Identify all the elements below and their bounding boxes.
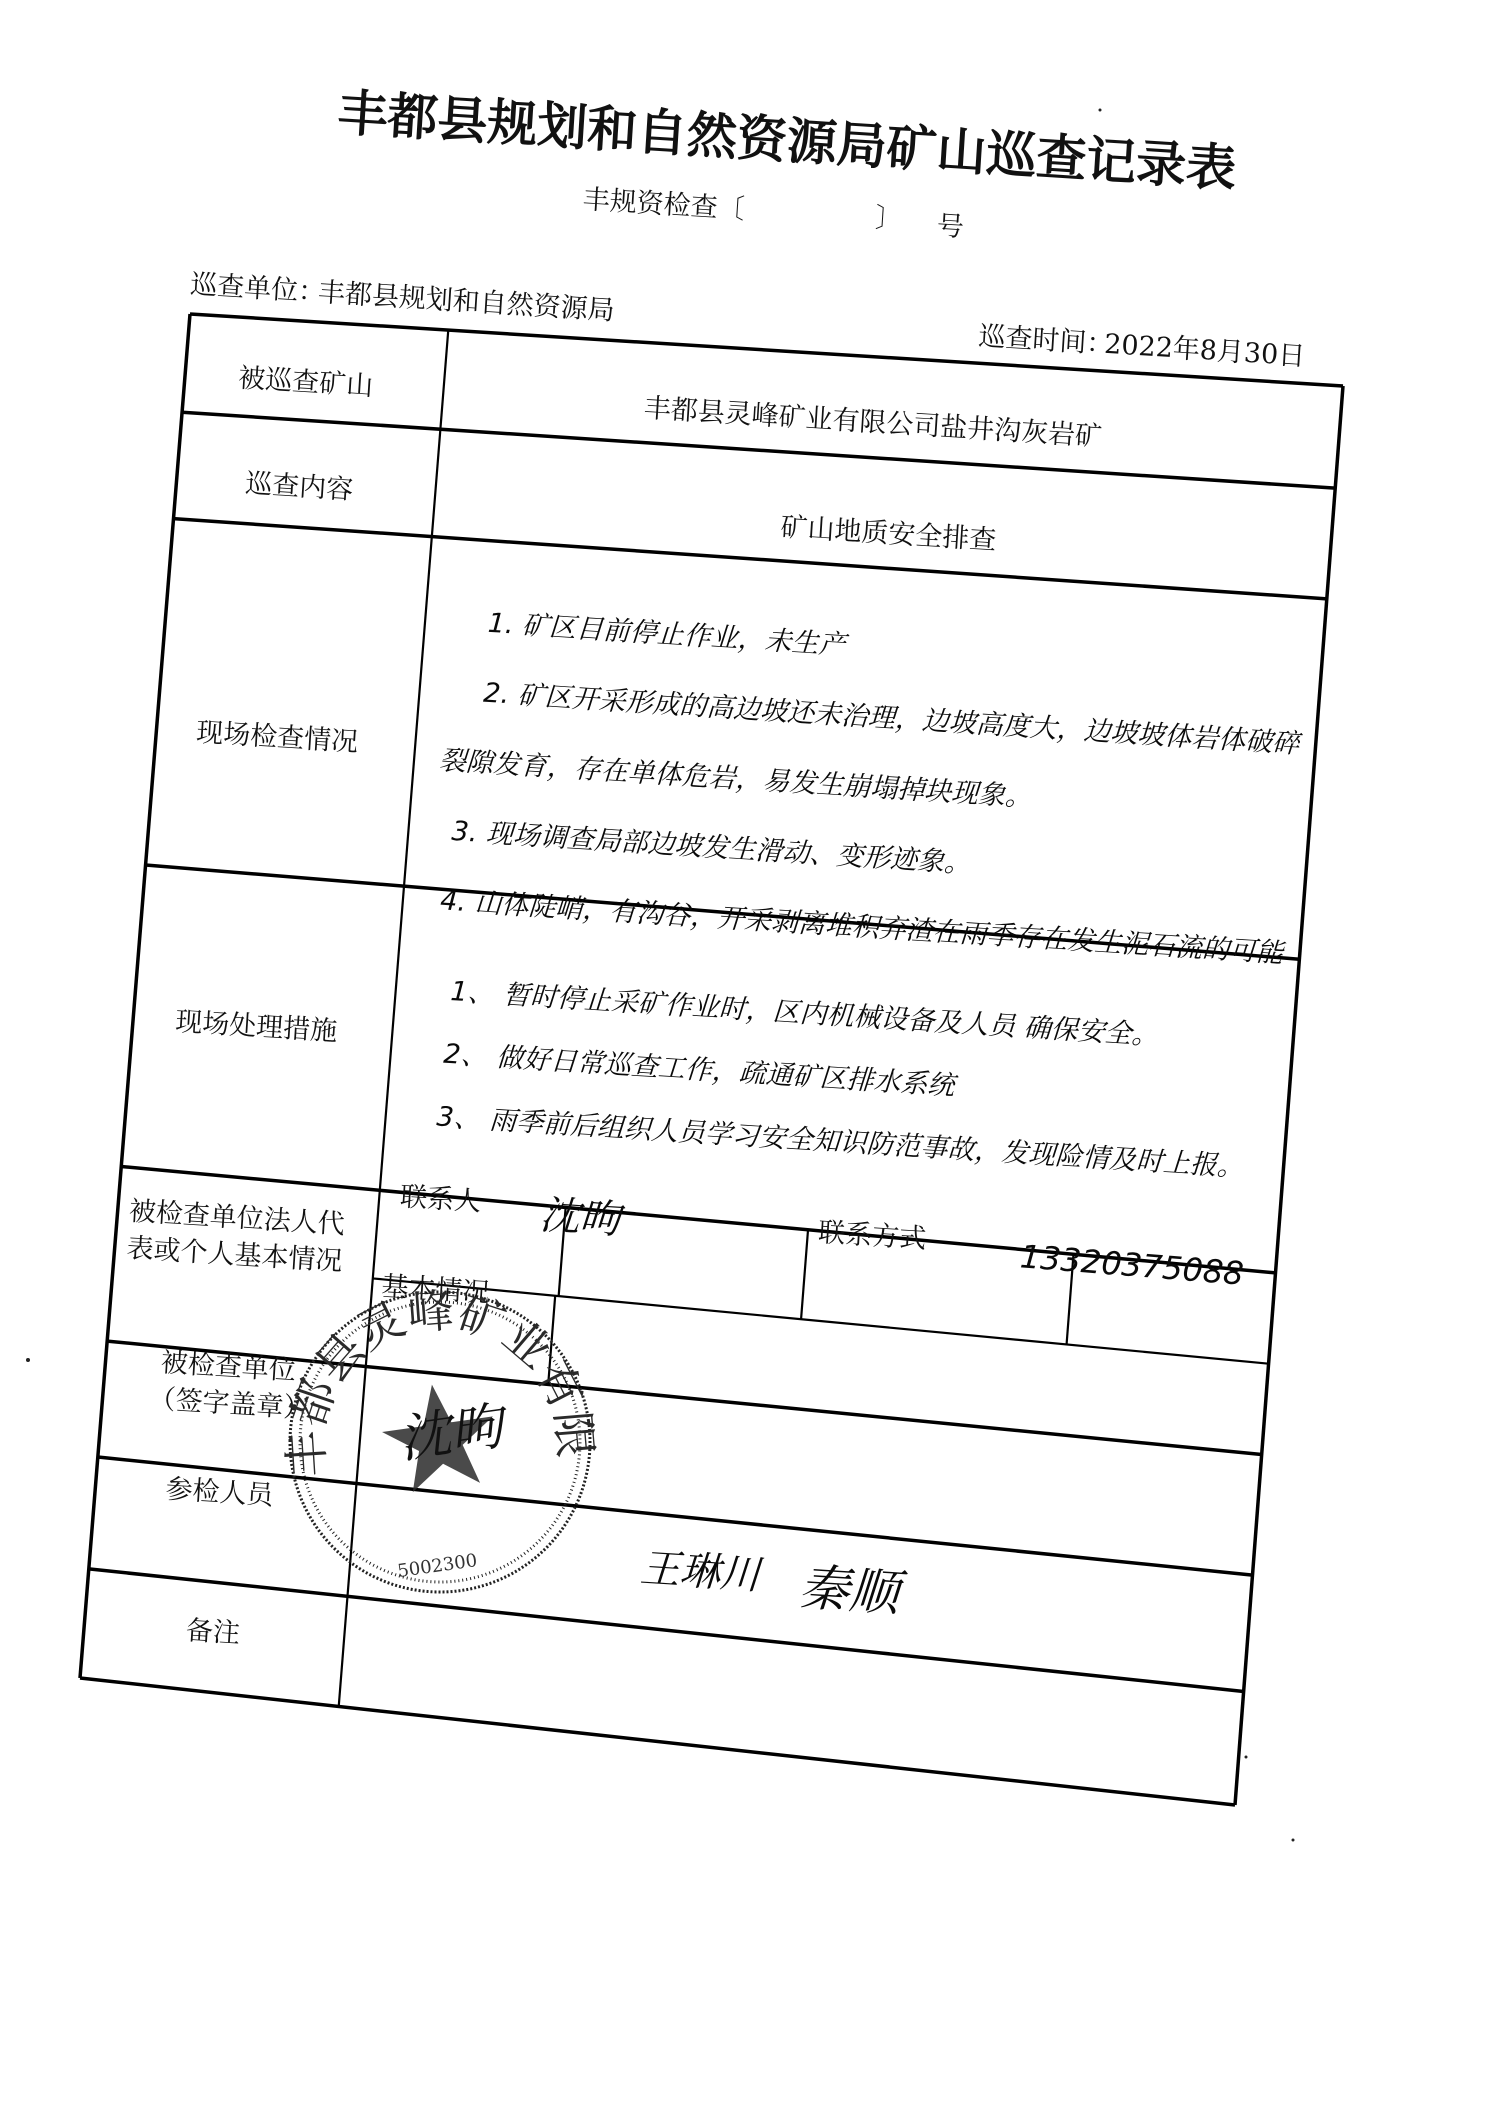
row-divider	[174, 519, 1327, 599]
site-inspection-line-4: 3. 现场调查局部边坡发生滑动、变形迹象。	[451, 816, 972, 880]
inspection-unit-value: 丰都县规划和自然资源局	[317, 277, 615, 327]
seal-signature: 沈昫	[395, 1395, 513, 1470]
site-inspection-line-5: 4. 山体陡峭，有沟谷，开采剥离堆积弃渣在雨季存在发生泥石流的可能	[439, 885, 1287, 969]
inspector-signature-1: 王琳川	[639, 1545, 766, 1599]
inspected-mine-value: 丰都县灵峰矿业有限公司盐井沟灰岩矿	[643, 393, 1103, 453]
inspection-time-value: 2022年8月30日	[1103, 329, 1306, 373]
contact-person-label: 联系人	[399, 1182, 482, 1218]
contact-method-label: 联系方式	[817, 1217, 927, 1255]
site-measures-label: 现场处理措施	[174, 1006, 338, 1047]
site-measures-line-1: 1、 暂时停止采矿作业时，区内机械设备及人员 确保安全。	[450, 976, 1160, 1051]
company-seal: 丰都县灵峰矿业有限公司 沈昫 5002300	[257, 1262, 621, 1613]
contact-person-value: 沈昫	[538, 1192, 626, 1243]
inspectors-label: 参检人员	[165, 1474, 277, 1512]
inspection-content-value: 矿山地质安全排查	[780, 512, 998, 557]
table-bottom-border	[80, 1678, 1235, 1805]
inspection-unit-label: 巡查单位：	[189, 269, 326, 308]
site-inspection-line-3: 裂隙发育，存在单体危岩，易发生崩塌掉块现象。	[438, 745, 1033, 813]
site-measures-notes: 1、 暂时停止采矿作业时，区内机械设备及人员 确保安全。 2、 做好日常巡查工作…	[436, 976, 1253, 1183]
document-number: 丰规资检查〔 〕 号	[582, 184, 965, 243]
inspector-signature-2: 秦顺	[797, 1558, 908, 1623]
site-inspection-label: 现场检查情况	[195, 717, 359, 758]
inspected-unit-label-line1: 被检查单位	[160, 1347, 297, 1386]
form-title: 丰都县规划和自然资源局矿山巡查记录表	[336, 83, 1238, 198]
label-column-divider	[339, 330, 449, 1706]
inspected-mine-label: 被巡查矿山	[237, 363, 374, 402]
site-inspection-line-1: 1. 矿区目前停止作业，未生产	[487, 608, 851, 662]
contact-method-label-divider	[801, 1230, 808, 1319]
inspection-content-label: 巡查内容	[244, 468, 354, 506]
doc-number-prefix: 丰规资检查〔	[582, 184, 746, 225]
doc-number-suffix: 〕	[874, 203, 903, 236]
legal-rep-label-line1: 被检查单位法人代	[128, 1196, 346, 1241]
inspection-record-form: 丰都县规划和自然资源局矿山巡查记录表 丰规资检查〔 〕 号 巡查单位： 丰都县规…	[0, 0, 1487, 2105]
site-measures-line-3: 3、 雨季前后组织人员学习安全知识防范事故，发现险情及时上报。	[436, 1101, 1245, 1183]
remarks-label: 备注	[185, 1615, 241, 1649]
site-inspection-notes: 1. 矿区目前停止作业，未生产 2. 矿区开采形成的高边坡还未治理，边坡高度大，…	[429, 605, 1308, 969]
site-measures-line-2: 2、 做好日常巡查工作，疏通矿区排水系统	[443, 1039, 960, 1102]
inspection-time-label: 巡查时间：	[978, 321, 1115, 360]
site-inspection-line-2: 2. 矿区开采形成的高边坡还未治理，边坡高度大，边坡坡体岩体破碎	[482, 678, 1304, 761]
doc-number-unit: 号	[936, 211, 965, 244]
contact-method-value: 13320375088	[1019, 1237, 1245, 1292]
seal-code: 5002300	[396, 1550, 478, 1582]
legal-rep-label-line2: 表或个人基本情况	[126, 1233, 344, 1278]
